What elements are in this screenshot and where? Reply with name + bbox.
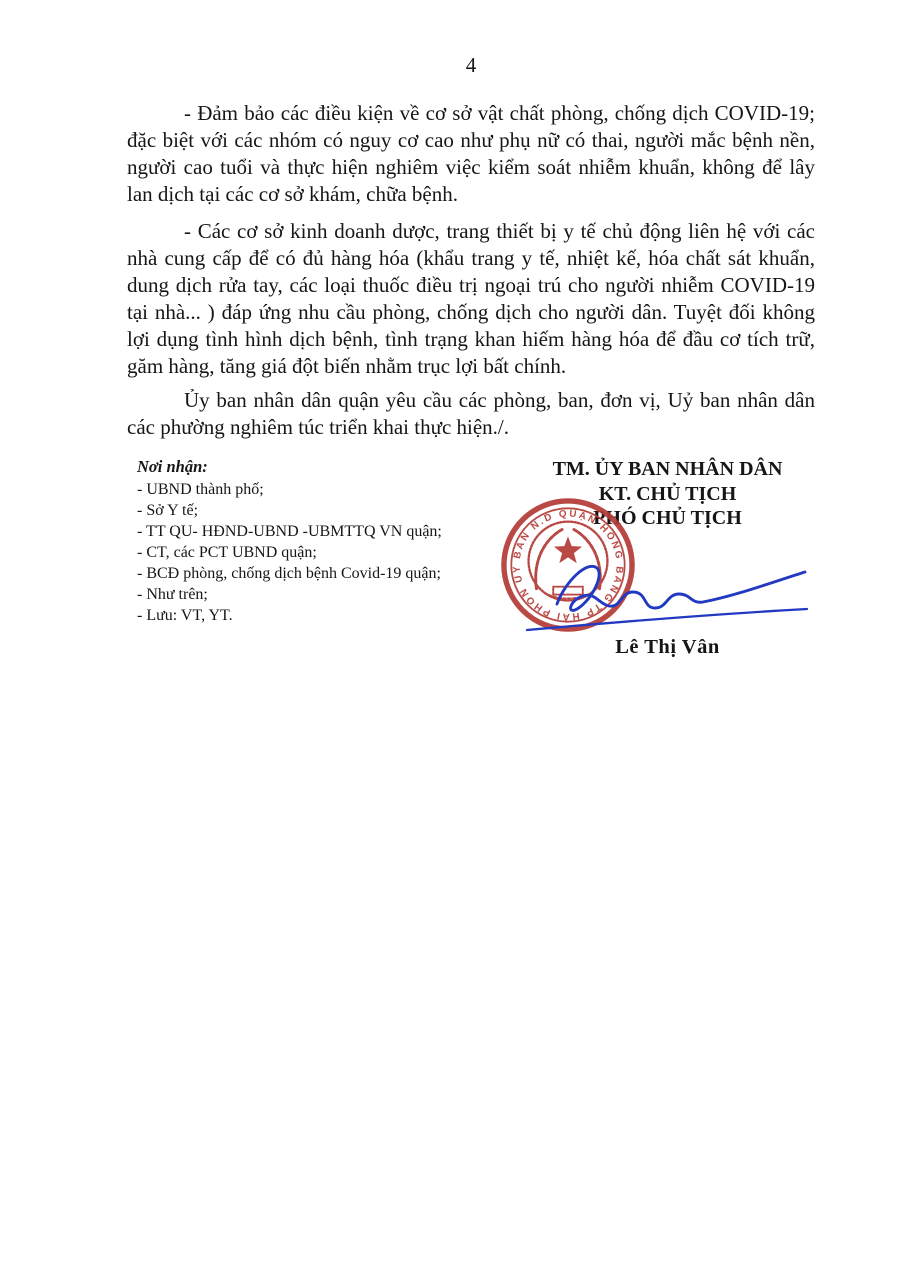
paragraph-covid-facilities: - Đảm bảo các điều kiện về cơ sở vật chấ… [127, 100, 815, 208]
recipient-item: - Sở Y tế; [137, 500, 507, 521]
recipient-item: - TT QU- HĐND-UBND -UBMTTQ VN quận; [137, 521, 507, 542]
recipient-item: - Lưu: VT, YT. [137, 605, 507, 626]
recipient-item: - CT, các PCT UBND quận; [137, 542, 507, 563]
recipient-item: - Như trên; [137, 584, 507, 605]
recipient-item: - BCĐ phòng, chống dịch bệnh Covid-19 qu… [137, 563, 507, 584]
recipients-title: Nơi nhận: [137, 456, 507, 477]
recipient-item: - UBND thành phố; [137, 479, 507, 500]
recipients-section: Nơi nhận: - UBND thành phố; - Sở Y tế; -… [137, 456, 507, 626]
signer-name: Lê Thị Vân [515, 636, 820, 659]
paragraph-pharma-businesses: - Các cơ sở kinh doanh dược, trang thiết… [127, 218, 815, 380]
signing-authority: TM. ỦY BAN NHÂN DÂN [515, 457, 820, 482]
document-page: 4 - Đảm bảo các điều kiện về cơ sở vật c… [0, 0, 900, 1273]
paragraph-closing-request: Ủy ban nhân dân quận yêu cầu các phòng, … [127, 387, 815, 441]
signature-strokes [527, 566, 807, 630]
page-number: 4 [127, 52, 815, 79]
handwritten-signature [515, 552, 815, 642]
